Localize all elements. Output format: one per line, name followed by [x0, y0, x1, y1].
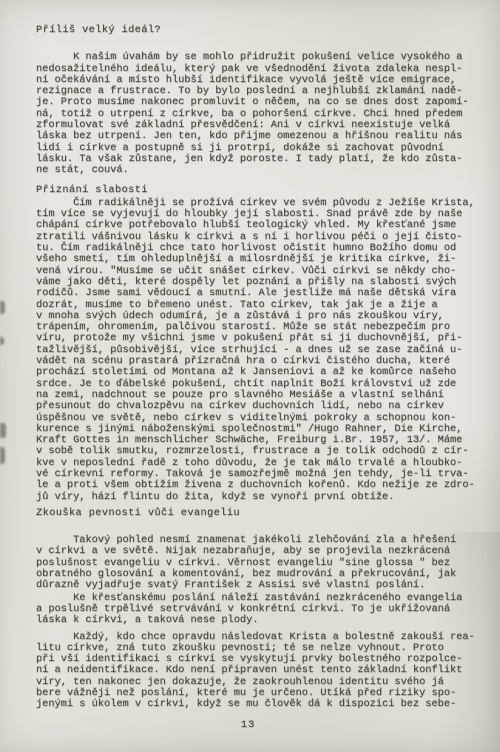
- section-heading: Přiznání slabosti: [36, 185, 488, 196]
- scan-edge-smudge: [0, 301, 5, 314]
- scan-edge-smudge: [0, 447, 5, 464]
- section-prilis-velky-ideal: Příliš velký ideál? K našim úvahám by se…: [36, 25, 488, 177]
- page-content: Příliš velký ideál? K našim úvahám by se…: [36, 20, 488, 711]
- paragraph: Čím radikálněji se prožívá církev ve své…: [36, 198, 488, 503]
- section-zkouska-pevnosti: Zkouška pevnosti vůči evangeliu Takový p…: [36, 508, 488, 711]
- paragraph: Každý, kdo chce opravdu následovat Krist…: [36, 632, 488, 711]
- page-number: 13: [0, 719, 496, 731]
- section-heading: Zkouška pevnosti vůči evangeliu: [36, 508, 488, 519]
- scan-edge-smudge: [0, 423, 6, 438]
- section-priznani-slabosti: Přiznání slabosti Čím radikálněji se pro…: [36, 185, 488, 503]
- paragraph: K našim úvahám by se mohlo přidružit pok…: [36, 52, 488, 176]
- scan-edge-smudge: [0, 337, 4, 345]
- paragraph: Takový pohled nesmí znamenat jakékoli zl…: [36, 535, 488, 591]
- section-heading: Příliš velký ideál?: [36, 25, 488, 36]
- paragraph: Ke křesťanskému poslání náleží zastávání…: [36, 593, 488, 627]
